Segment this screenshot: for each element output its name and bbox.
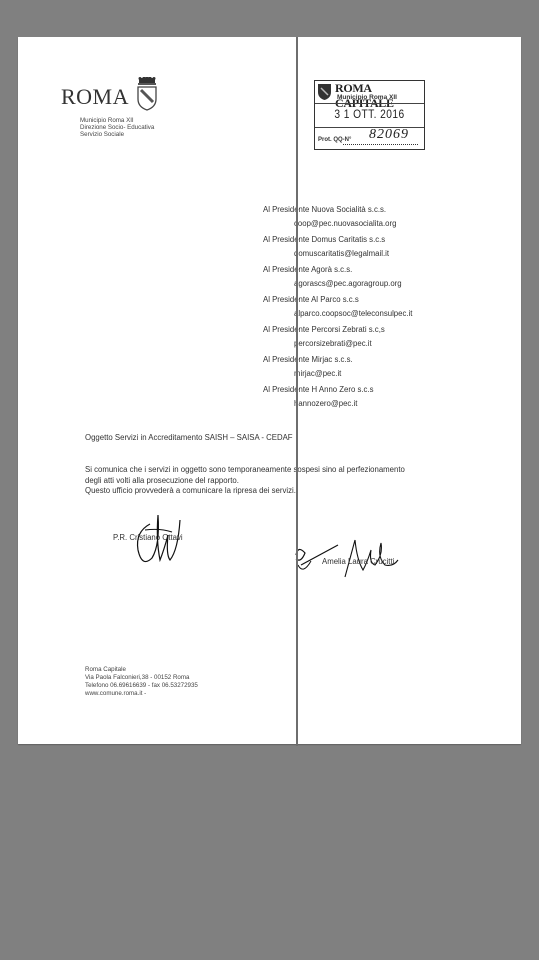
- footer-line: www.comune.roma.it -: [85, 690, 198, 698]
- divider: [343, 144, 418, 145]
- department-line: Municipio Roma XII: [80, 117, 154, 124]
- recipient-email: percorsizebrati@pec.it: [294, 339, 372, 348]
- footer-line: Roma Capitale: [85, 666, 198, 674]
- letter-body: Si comunica che i servizi in oggetto son…: [85, 465, 465, 497]
- roma-logo-text: ROMA: [61, 84, 129, 110]
- divider: [315, 103, 424, 104]
- subject-line: Oggetto Servizi in Accreditamento SAISH …: [85, 433, 293, 442]
- recipient-email: agorascs@pec.agoragroup.org: [294, 279, 402, 288]
- signatory-right: Amelia Laura Crucitti: [322, 557, 394, 566]
- footer-line: Telefono 06.69616639 - fax 06.53272935: [85, 682, 198, 690]
- recipient-name: Al Presidente Percorsi Zebrati s.c,s: [263, 325, 385, 334]
- stamp-date: 3 1 OTT. 2016: [323, 107, 416, 121]
- protocol-label: Prot. QQ-N°: [318, 137, 351, 143]
- letter-footer: Roma Capitale Via Paola Falconieri,38 - …: [85, 666, 198, 698]
- signature-left: [130, 510, 185, 570]
- body-paragraph: Questo ufficio provvederà a comunicare l…: [85, 486, 465, 497]
- protocol-stamp: ROMA CAPITALE Municipio Roma XII 3 1 OTT…: [314, 80, 425, 150]
- recipient-email: mirjac@pec.it: [294, 369, 341, 378]
- recipient-name: Al Presidente Domus Caritatis s.c.s: [263, 235, 385, 244]
- recipient-name: Al Presidente Nuova Socialità s.c.s.: [263, 205, 386, 214]
- department-line: Servizio Sociale: [80, 131, 154, 138]
- body-paragraph: Si comunica che i servizi in oggetto son…: [85, 465, 465, 476]
- rome-crest-icon: [318, 84, 331, 100]
- stamp-subtitle: Municipio Roma XII: [337, 94, 397, 101]
- recipient-name: Al Presidente Al Parco s.c.s: [263, 295, 359, 304]
- recipient-name: Al Presidente Mirjac s.c.s.: [263, 355, 353, 364]
- recipient-email: coop@pec.nuovasocialita.org: [294, 219, 396, 228]
- recipient-email: domuscaritatis@legalmail.it: [294, 249, 389, 258]
- department-block: Municipio Roma XII Direzione Socio- Educ…: [80, 117, 154, 138]
- recipient-email: hannozero@pec.it: [294, 399, 357, 408]
- recipient-name: Al Presidente H Anno Zero s.c.s: [263, 385, 374, 394]
- recipient-name: Al Presidente Agorà s.c.s.: [263, 265, 352, 274]
- body-paragraph: degli atti volti alla prosecuzione del r…: [85, 476, 465, 487]
- department-line: Direzione Socio- Educativa: [80, 124, 154, 131]
- protocol-number: 82069: [369, 127, 409, 143]
- fold-line: [296, 37, 298, 746]
- recipient-email: alparco.coopsoc@teleconsulpec.it: [294, 309, 412, 318]
- footer-line: Via Paola Falconieri,38 - 00152 Roma: [85, 674, 198, 682]
- crest-icon: [136, 77, 158, 111]
